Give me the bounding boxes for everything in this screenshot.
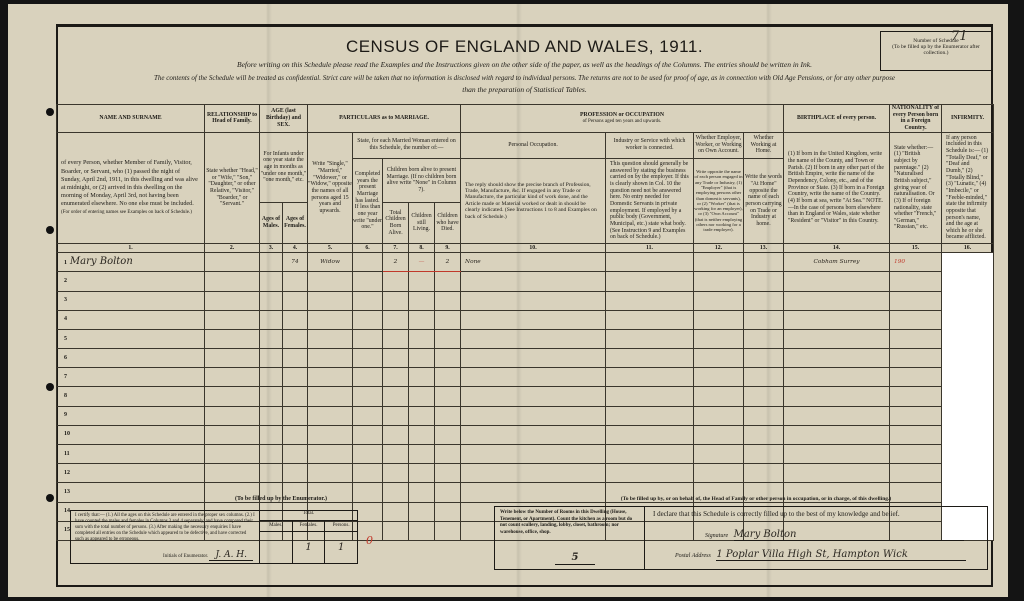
- column-number: 13.: [744, 244, 784, 253]
- table-row: 10: [57, 425, 994, 444]
- name-cell[interactable]: 1 Mary Bolton: [57, 253, 205, 272]
- declaration-text: I declare that this Schedule is correctl…: [653, 510, 979, 518]
- birthplace-description: (1) If born in the United Kingdom, write…: [784, 132, 890, 244]
- row-number: 12: [61, 470, 70, 476]
- punch-hole: [46, 108, 54, 116]
- row-number: 8: [61, 393, 67, 399]
- header-marriage: PARTICULARS as to MARRIAGE.: [308, 105, 461, 133]
- header-relationship: RELATIONSHIP to Head of Family.: [205, 105, 260, 133]
- column-number: 15.: [890, 244, 942, 253]
- row-number: 2: [61, 278, 67, 284]
- age-female-cell[interactable]: 74: [283, 253, 308, 272]
- header-personal-occupation: Personal Occupation.: [461, 132, 606, 158]
- header-industry: Industry or Service with which worker is…: [606, 132, 694, 158]
- persons-label: Persons.: [325, 521, 357, 532]
- employer-cell[interactable]: [694, 253, 744, 272]
- column-number: 16.: [942, 244, 994, 253]
- instruction-line-2: The contents of the Schedule will be tre…: [58, 74, 991, 82]
- males-total[interactable]: [260, 532, 292, 563]
- column-number: 12.: [694, 244, 744, 253]
- table-row: 4: [57, 310, 994, 329]
- red-annotation-mark: 0: [366, 534, 373, 547]
- column-number: 8.: [409, 244, 435, 253]
- certify-statement: I certify that:— (1.) All the ages on th…: [75, 513, 255, 542]
- enumerator-label: (To be filled up by the Enumerator.): [156, 496, 406, 502]
- table-row: 11: [57, 445, 994, 464]
- punch-hole: [46, 383, 54, 391]
- table-row: 12: [57, 464, 994, 483]
- at-home-description: Write the words "At Home" opposite the n…: [744, 158, 784, 244]
- row-number: 7: [61, 374, 67, 380]
- table-row: 8: [57, 387, 994, 406]
- personal-occupation-description: The reply should show the precise branch…: [461, 158, 606, 244]
- initials-label: Initials of Enumerator.: [163, 554, 208, 559]
- postal-address-value[interactable]: 1 Poplar Villa High St, Hampton Wick: [716, 549, 966, 561]
- person-name: Mary Bolton: [70, 256, 133, 267]
- persons-total[interactable]: 1: [325, 532, 357, 563]
- address-label: Postal Address: [675, 553, 711, 559]
- row-number: 3: [61, 297, 67, 303]
- rooms-box: Write below the Number of Rooms in this …: [495, 507, 645, 569]
- punch-hole: [46, 494, 54, 502]
- declaration-area: I declare that this Schedule is correctl…: [645, 507, 987, 569]
- rooms-count[interactable]: 5: [555, 551, 595, 565]
- punch-hole: [46, 226, 54, 234]
- males-label: Males.: [260, 521, 292, 532]
- married-woman-description: State, for each Married Woman entered on…: [353, 132, 461, 158]
- table-row: 2: [57, 272, 994, 291]
- column-number: 7.: [383, 244, 409, 253]
- totals-header: Total.: [260, 511, 357, 521]
- header-ages-males: Ages of Males.: [260, 202, 283, 243]
- children-died-cell[interactable]: 2: [435, 253, 461, 272]
- column-number: 6.: [353, 244, 383, 253]
- marriage-cell[interactable]: Widow: [308, 253, 353, 272]
- schedule-number-box: Number of Schedule (To be filled up by t…: [880, 31, 992, 71]
- enumerator-initials[interactable]: J. A. H.: [209, 550, 253, 561]
- initials-row: Initials of Enumerator. J. A. H.: [163, 550, 253, 561]
- column-number: 9.: [435, 244, 461, 253]
- instruction-line-1: Before writing on this Schedule please r…: [58, 60, 991, 69]
- header-nationality: NATIONALITY of every Person born in a Fo…: [890, 105, 942, 133]
- nationality-cell[interactable]: 190: [890, 253, 942, 272]
- marriage-write-description: Write "Single," "Married," "Widower," or…: [308, 132, 353, 244]
- header-children-died: Children who have Died.: [435, 202, 461, 243]
- column-number: 2.: [205, 244, 260, 253]
- enumerator-certificate-box: I certify that:— (1.) All the ages on th…: [70, 510, 358, 564]
- table-row: 7: [57, 368, 994, 387]
- children-living-cell[interactable]: —: [409, 253, 435, 272]
- relationship-description: State whether "Head," or "Wife," "Son," …: [205, 132, 260, 244]
- row-number: 4: [61, 316, 67, 322]
- header-age: AGE (last Birthday) and SEX.: [260, 105, 308, 133]
- column-number: 14.: [784, 244, 890, 253]
- signature-row: Signature Mary Bolton: [705, 529, 964, 541]
- address-row: Postal Address 1 Poplar Villa High St, H…: [675, 549, 966, 561]
- column-number-row: 1. 2. 3. 4. 5. 6. 7. 8. 9. 10. 11. 12. 1…: [57, 244, 994, 253]
- signature-label: Signature: [705, 533, 728, 539]
- signature-value[interactable]: Mary Bolton: [734, 529, 964, 541]
- header-total-children: Total Children Born Alive.: [383, 202, 409, 243]
- head-of-family-label: (To be filled up by, or on behalf of, th…: [536, 496, 976, 502]
- bottom-section: (To be filled up by the Enumerator.) I c…: [56, 494, 993, 587]
- infirmity-description: If any person included in this Schedule …: [942, 132, 994, 244]
- table-row: 3: [57, 291, 994, 310]
- age-male-cell[interactable]: [260, 253, 283, 272]
- column-number: 5.: [308, 244, 353, 253]
- header-infirmity: INFIRMITY.: [942, 105, 994, 133]
- header-children-living: Children still Living.: [409, 202, 435, 243]
- name-note: (For order of entering names see Example…: [61, 210, 192, 215]
- column-number: 11.: [606, 244, 694, 253]
- declaration-box: Write below the Number of Rooms in this …: [494, 506, 988, 570]
- females-total[interactable]: 1: [293, 532, 325, 563]
- form-title: CENSUS OF ENGLAND AND WALES, 1911.: [58, 37, 991, 57]
- row-number: 1: [61, 260, 67, 266]
- header-at-home: Whether Working at Home.: [744, 132, 784, 158]
- instruction-line-3: than the preparation of Statistical Tabl…: [58, 85, 991, 94]
- census-table: NAME AND SURNAME RELATIONSHIP to Head of…: [56, 104, 994, 541]
- total-children-cell[interactable]: 2: [383, 253, 409, 272]
- header-profession: PROFESSION or OCCUPATIONof Persons aged …: [461, 105, 784, 133]
- header-birthplace: BIRTHPLACE of every person.: [784, 105, 890, 133]
- table-row: 9: [57, 406, 994, 425]
- certificate-text: I certify that:— (1.) All the ages on th…: [71, 511, 260, 563]
- column-number: 3.: [260, 244, 283, 253]
- employer-description: Write opposite the name of each person e…: [694, 158, 744, 244]
- completed-years-description: Completed years the present Marriage has…: [353, 158, 383, 244]
- header-profession-title: PROFESSION or OCCUPATION: [580, 112, 664, 118]
- children-born-description: Children born alive to present Marriage.…: [383, 158, 461, 202]
- name-instructions: of every Person, whether Member of Famil…: [61, 159, 198, 206]
- totals-box: Total. Males. Females.1 Persons.1: [260, 511, 357, 563]
- header-profession-sub: of Persons aged ten years and upwards.: [583, 119, 662, 124]
- rooms-instructions: Write below the Number of Rooms in this …: [500, 510, 632, 535]
- column-number: 10.: [461, 244, 606, 253]
- row-number: 5: [61, 336, 67, 342]
- years-married-cell[interactable]: [353, 253, 383, 272]
- industry-description: This question should generally be answer…: [606, 158, 694, 244]
- females-label: Females.: [293, 521, 325, 532]
- table-row: 5: [57, 329, 994, 348]
- row-number: 11: [61, 451, 70, 457]
- schedule-number-value: 71: [951, 29, 968, 44]
- header-name: NAME AND SURNAME: [57, 105, 205, 133]
- age-description: For Infants under one year state the age…: [260, 132, 308, 202]
- table-row: 6: [57, 349, 994, 368]
- occupation-cell[interactable]: None: [461, 253, 606, 272]
- header-ages-females: Ages of Females.: [283, 202, 308, 243]
- row-number: 9: [61, 412, 67, 418]
- industry-cell[interactable]: [606, 253, 694, 272]
- schedule-number-note: (To be filled up by the Enumerator after…: [881, 44, 991, 56]
- table-row: 1 Mary Bolton 74 Widow 2 — 2 None Cobham…: [57, 253, 994, 272]
- row-number: 6: [61, 355, 67, 361]
- column-number: 1.: [57, 244, 205, 253]
- nationality-description: State whether:— (1) "British subject by …: [890, 132, 942, 244]
- name-description: of every Person, whether Member of Famil…: [57, 132, 205, 244]
- column-number: 4.: [283, 244, 308, 253]
- at-home-cell[interactable]: [744, 253, 784, 272]
- row-number: 10: [61, 431, 70, 437]
- header-employer: Whether Employer, Worker, or Working on …: [694, 132, 744, 158]
- birthplace-cell[interactable]: Cobham Surrey: [784, 253, 890, 272]
- relationship-cell[interactable]: [205, 253, 260, 272]
